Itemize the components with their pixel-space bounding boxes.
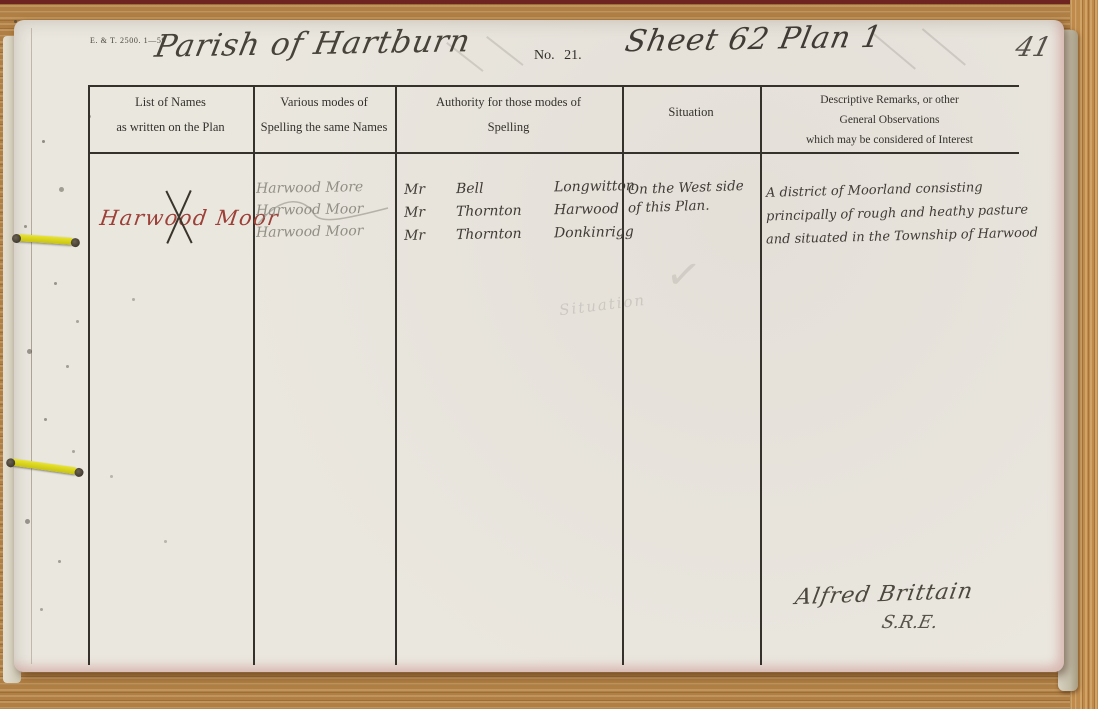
column-header-line: List of Names [88, 90, 253, 115]
paper-specks [14, 20, 17, 23]
photo-scene: E. & T. 2500. 1—59 Parish of Hartburn No… [0, 0, 1098, 709]
authority-title: Mr [404, 181, 456, 198]
folio-page-number: 41 [1012, 32, 1054, 63]
spelling-entry: Harwood More [256, 179, 364, 197]
table-top-rule [88, 85, 1019, 87]
photo-top-edge [0, 0, 1098, 4]
faint-checkmark: ✓ [663, 248, 705, 301]
authority-place: Longwitton [554, 178, 635, 195]
column-header-names: List of Names as written on the Plan [88, 90, 253, 140]
column-header-line: Spelling the same Names [253, 115, 395, 140]
binding-crease [31, 28, 32, 664]
parish-title: Parish of Hartburn [152, 23, 474, 64]
column-header-remarks: Descriptive Remarks, or other General Ob… [760, 90, 1019, 150]
column-header-line: Various modes of [253, 90, 395, 115]
authority-name: Thornton [456, 202, 554, 220]
faint-pencil-note: Situation [558, 291, 647, 319]
authority-title: Mr [404, 204, 456, 221]
remarks-line: and situated in the Township of Harwood [766, 225, 1038, 247]
column-header-line: Authority for those modes of [395, 90, 622, 115]
authority-place: Harwood [554, 201, 619, 218]
remarks-line: A district of Moorland consisting [766, 180, 983, 201]
column-rule-4 [760, 85, 762, 665]
table-header-rule [88, 152, 1019, 154]
column-header-situation: Situation [622, 90, 760, 134]
situation-line: of this Plan. [628, 198, 710, 217]
cross-out-mark [152, 188, 208, 244]
column-header-line: General Observations [760, 110, 1019, 130]
pencil-scratch [922, 28, 966, 65]
column-header-authority: Authority for those modes of Spelling [395, 90, 622, 140]
authority-place: Donkinrigg [554, 224, 634, 241]
authority-name: Thornton [456, 225, 554, 243]
column-header-line: which may be considered of Interest [760, 130, 1019, 150]
column-header-line: Spelling [395, 115, 622, 140]
table-border-left [88, 85, 90, 665]
situation-line: On the West side [628, 178, 744, 198]
pencil-flourish [254, 198, 394, 228]
sheet-plan-title: Sheet 62 Plan 1 [622, 20, 885, 59]
remarks-line: principally of rough and heathy pasture [766, 203, 1028, 225]
document-page: E. & T. 2500. 1—59 Parish of Hartburn No… [14, 20, 1064, 672]
column-rule-2 [395, 85, 397, 665]
authority-name: Bell [456, 179, 554, 197]
authority-entry: Mr Thornton Harwood [404, 201, 619, 221]
authority-entry: Mr Bell Longwitton [404, 178, 635, 198]
form-reference: E. & T. 2500. 1—59 [90, 36, 166, 45]
column-rule-1 [253, 85, 255, 665]
number-label: No. 21. [534, 48, 582, 64]
surveyor-signature: Alfred Brittain [793, 579, 975, 610]
authority-entry: Mr Thornton Donkinrigg [404, 224, 634, 244]
surveyor-rank: S.R.E. [880, 612, 940, 633]
pencil-scratch [486, 36, 523, 66]
column-header-line: Situation [622, 90, 760, 134]
column-header-line: as written on the Plan [88, 115, 253, 140]
authority-title: Mr [404, 227, 456, 244]
column-rule-3 [622, 85, 624, 665]
column-header-line: Descriptive Remarks, or other [760, 90, 1019, 110]
column-header-spelling-modes: Various modes of Spelling the same Names [253, 90, 395, 140]
